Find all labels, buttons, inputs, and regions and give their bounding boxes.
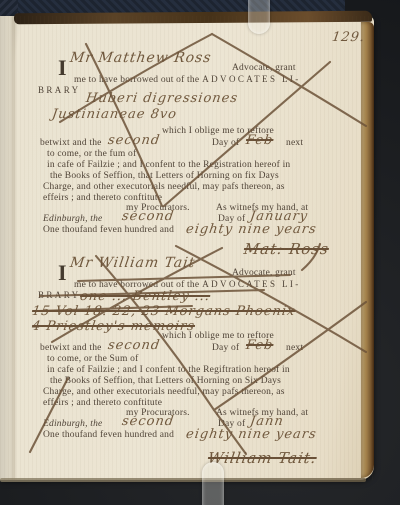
printed-failzie-line: in cafe of Failzie ; and I confent to th… [47,365,290,375]
printed-borrow-line: me to have borrowed out of theADVOCATES … [74,74,301,85]
page-bottom-edge [0,478,366,482]
printed-day-of: Day of [212,343,239,353]
printed-edinburgh: Edinburgh, the [43,419,102,429]
book-title-line-2: Justinianeae 8vo [51,107,178,122]
printed-library-brary: BRARY [38,290,81,300]
borrower-name: Mr Matthew Ross [69,50,213,66]
printed-grant: Advocate, grant [232,268,296,278]
printed-session-line: the Books of Seffion, that Letters of Ho… [50,376,281,386]
due-month-handwritten: Feb [245,338,274,353]
register-page: 129. I Mr Matthew Ross Advocate, grant m… [0,16,374,480]
due-month-handwritten: Feb [245,133,274,148]
book-title-line-1: Huberi digressiones [85,91,239,106]
page-gutter-fold [0,16,16,480]
signature: William Tait. [207,449,318,467]
printed-grant: Advocate, grant [232,63,296,73]
retaining-strap-top [248,0,270,34]
printed-sum-line: to come, or the fum of [47,149,136,159]
printed-session-line: the Books of Seffion, that Letters of Ho… [50,171,279,181]
signed-day-handwritten: second [121,414,175,429]
printed-charge-line: Charge, and other executorials needful, … [43,387,285,397]
printed-charge-line: Charge, and other executorials needful, … [43,182,285,192]
printed-next: next [286,138,303,148]
book-title-line-1: one ... Bentley ... [79,289,211,304]
printed-edinburgh: Edinburgh, the [43,214,102,224]
printed-year-line: One thoufand feven hundred and [43,430,174,440]
borrow-entry-1: I Mr Matthew Ross Advocate, grant me to … [38,54,372,259]
book-title-line-2: 15 Vol 18. 22, 23 Morgans Phoenix [31,304,296,319]
year-handwritten: eighty nine years [185,427,318,442]
borrower-name: Mr William Tait [69,255,197,271]
printed-next: next [286,343,303,353]
printed-effeirs-line: effeirs ; and thereto conftitute [43,193,162,203]
year-handwritten: eighty nine years [185,222,318,237]
dropcap-initial: I [58,262,67,284]
printed-day-of: Day of [212,138,239,148]
dropcap-initial: I [58,57,67,79]
due-day-handwritten: second [107,338,161,353]
signature: Mat: Ross [243,240,330,258]
printed-year-line: One thoufand feven hundred and [43,225,174,235]
printed-betwixt: betwixt and the [40,138,102,148]
due-day-handwritten: second [107,133,161,148]
printed-effeirs-line: effeirs ; and thereto conftitute [43,398,162,408]
retaining-strap-bottom [202,462,224,505]
borrow-entry-2: I Mr William Tait Advocate, grant me to … [38,259,372,464]
page-number: 129. [331,30,366,45]
page-top-edge [14,11,372,24]
printed-betwixt: betwixt and the [40,343,102,353]
printed-sum-line: to come, or the Sum of [47,354,138,364]
register-photo: 129. I Mr Matthew Ross Advocate, grant m… [0,0,400,505]
printed-library-brary: BRARY [38,85,81,95]
printed-failzie-line: in cafe of Failzie ; and I confent to th… [47,160,290,170]
signed-day-handwritten: second [121,209,175,224]
